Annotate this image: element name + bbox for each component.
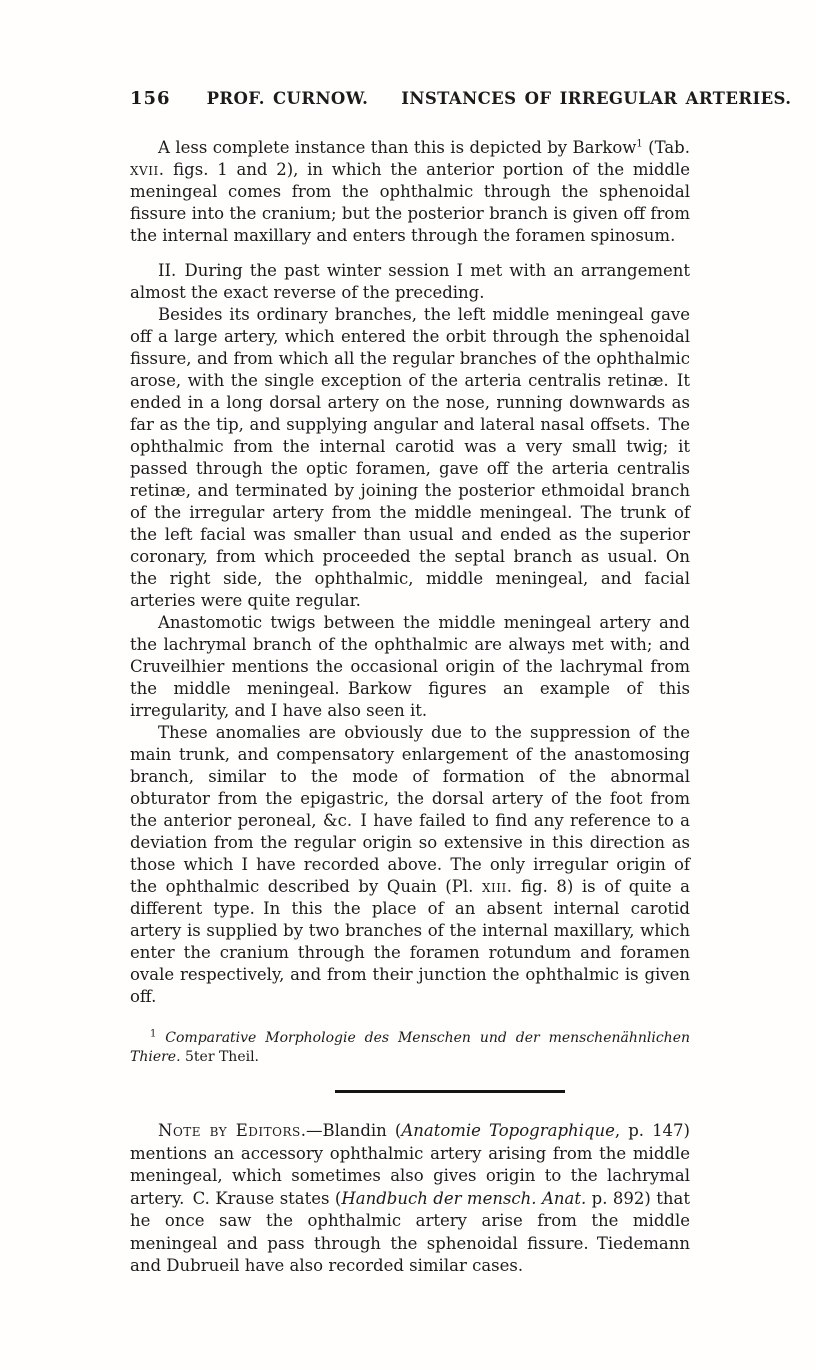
paragraph-anomalies-discussion: These anomalies are obviously due to the…	[130, 722, 690, 1008]
text-segment: xvii.	[130, 160, 164, 179]
paragraph-section-ii: II. During the past winter session I met…	[130, 260, 690, 304]
text-segment: II. During the past winter session I met…	[130, 261, 690, 302]
text-segment: Anatomie Topographique	[401, 1121, 615, 1140]
footnote: 1 Comparative Morphologie des Menschen u…	[130, 1029, 690, 1067]
section-divider-rule	[335, 1090, 565, 1093]
article-body: A less complete instance than this is de…	[130, 137, 690, 1278]
text-segment: Anastomotic twigs between the middle men…	[130, 613, 690, 720]
text-segment: Note by Editors	[158, 1121, 301, 1140]
text-segment: 5ter Theil.	[181, 1049, 259, 1065]
paragraph-left-middle-meningeal: Besides its ordinary branches, the left …	[130, 304, 690, 612]
paragraph-barkow-instance: A less complete instance than this is de…	[130, 137, 690, 247]
text-segment: fig. 8) is of quite a different type. In…	[130, 877, 690, 1006]
running-head-title: INSTANCES OF IRREGULAR ARTERIES.	[401, 89, 791, 108]
text-segment: A less complete instance than this is de…	[158, 138, 636, 157]
text-segment: xiii.	[482, 877, 513, 896]
text-segment: (Tab.	[643, 138, 690, 157]
text-segment: figs. 1 and 2), in which the anterior po…	[130, 160, 690, 245]
text-segment: .—Blandin (	[301, 1121, 402, 1140]
text-segment: Handbuch der mensch. Anat.	[341, 1189, 586, 1208]
text-segment: Besides its ordinary branches, the left …	[130, 305, 690, 610]
text-segment	[156, 1030, 165, 1046]
page-number: 156	[130, 88, 171, 109]
scanned-page: 156 PROF. CURNOW. INSTANCES OF IRREGULAR…	[0, 0, 816, 1370]
paragraph-anastomotic-twigs: Anastomotic twigs between the middle men…	[130, 612, 690, 722]
text-segment: These anomalies are obviously due to the…	[130, 723, 690, 896]
running-head: 156 PROF. CURNOW. INSTANCES OF IRREGULAR…	[130, 88, 690, 109]
editors-note: Note by Editors.—Blandin (Anatomie Topog…	[130, 1120, 690, 1278]
running-head-author: PROF. CURNOW.	[207, 89, 369, 108]
